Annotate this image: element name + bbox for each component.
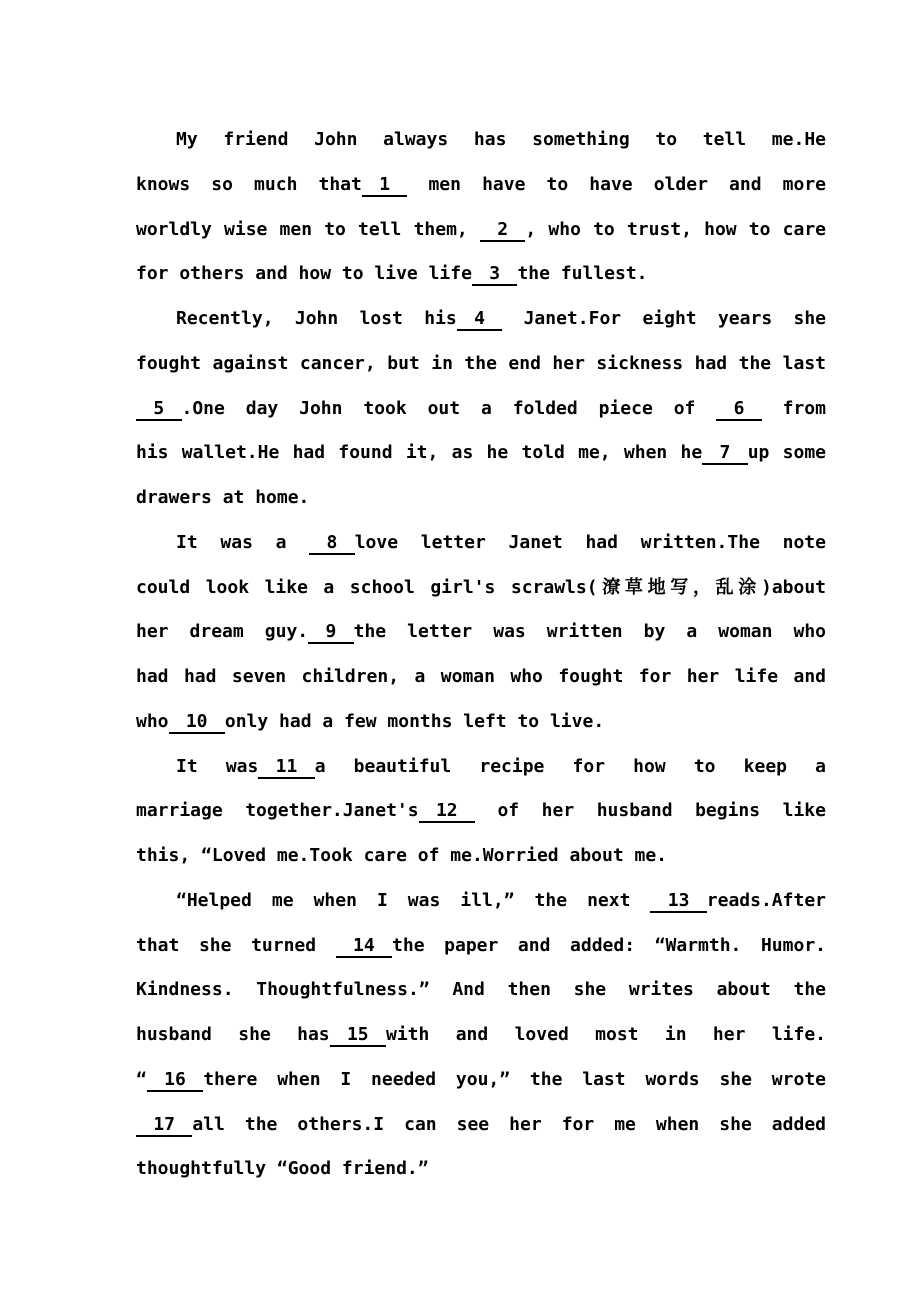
text-line: fought against cancer, but in the end he… [136,342,826,387]
text-line: Kindness. Thoughtfulness.” And then she … [136,968,826,1013]
paragraph: Recently, John lost his4 Janet.For eight… [136,297,826,521]
paragraph: It was11a beautiful recipe for how to ke… [136,745,826,879]
text-line: 17all the others.I can see her for me wh… [136,1103,826,1148]
cloze-blank: 9 [308,621,354,644]
cloze-blank: 14 [336,935,392,958]
text-line: that she turned 14the paper and added: “… [136,924,826,969]
text-line: Recently, John lost his4 Janet.For eight… [136,297,826,342]
paragraph: It was a 8love letter Janet had written.… [136,521,826,745]
cloze-blank: 16 [147,1069,203,1092]
cloze-blank: 10 [169,711,225,734]
cloze-blank: 6 [716,398,762,421]
text-line: for others and how to live life3the full… [136,252,826,297]
cloze-blank: 3 [472,263,518,286]
cloze-blank: 2 [480,219,526,242]
cloze-blank: 11 [258,756,314,779]
text-line: had had seven children, a woman who foug… [136,655,826,700]
cloze-blank: 12 [419,800,475,823]
text-line: It was11a beautiful recipe for how to ke… [136,745,826,790]
text-line: It was a 8love letter Janet had written.… [136,521,826,566]
paragraph: My friend John always has something to t… [136,118,826,297]
cloze-blank: 13 [650,890,706,913]
text-line: knows so much that1 men have to have old… [136,163,826,208]
text-line: marriage together.Janet's12 of her husba… [136,789,826,834]
worksheet-page: My friend John always has something to t… [0,0,920,1302]
text-line: “16there when I needed you,” the last wo… [136,1058,826,1103]
text-line: could look like a school girl's scrawls(… [136,566,826,611]
text-line: 5.One day John took out a folded piece o… [136,387,826,432]
cloze-blank: 4 [457,308,503,331]
text-line: thoughtfully “Good friend.” [136,1147,826,1192]
text-line: who10only had a few months left to live. [136,700,826,745]
cloze-blank: 8 [309,532,355,555]
text-line: worldly wise men to tell them, 2, who to… [136,208,826,253]
text-line: “Helped me when I was ill,” the next 13r… [136,879,826,924]
text-line: My friend John always has something to t… [136,118,826,163]
cloze-blank: 7 [702,442,748,465]
cloze-blank: 17 [136,1114,192,1137]
document-body: My friend John always has something to t… [136,118,826,1192]
text-line: her dream guy.9the letter was written by… [136,610,826,655]
paragraph: “Helped me when I was ill,” the next 13r… [136,879,826,1192]
text-line: his wallet.He had found it, as he told m… [136,431,826,476]
cloze-blank: 15 [330,1024,386,1047]
text-line: husband she has15with and loved most in … [136,1013,826,1058]
cloze-blank: 5 [136,398,182,421]
text-line: this, “Loved me.Took care of me.Worried … [136,834,826,879]
cloze-blank: 1 [362,174,408,197]
text-line: drawers at home. [136,476,826,521]
